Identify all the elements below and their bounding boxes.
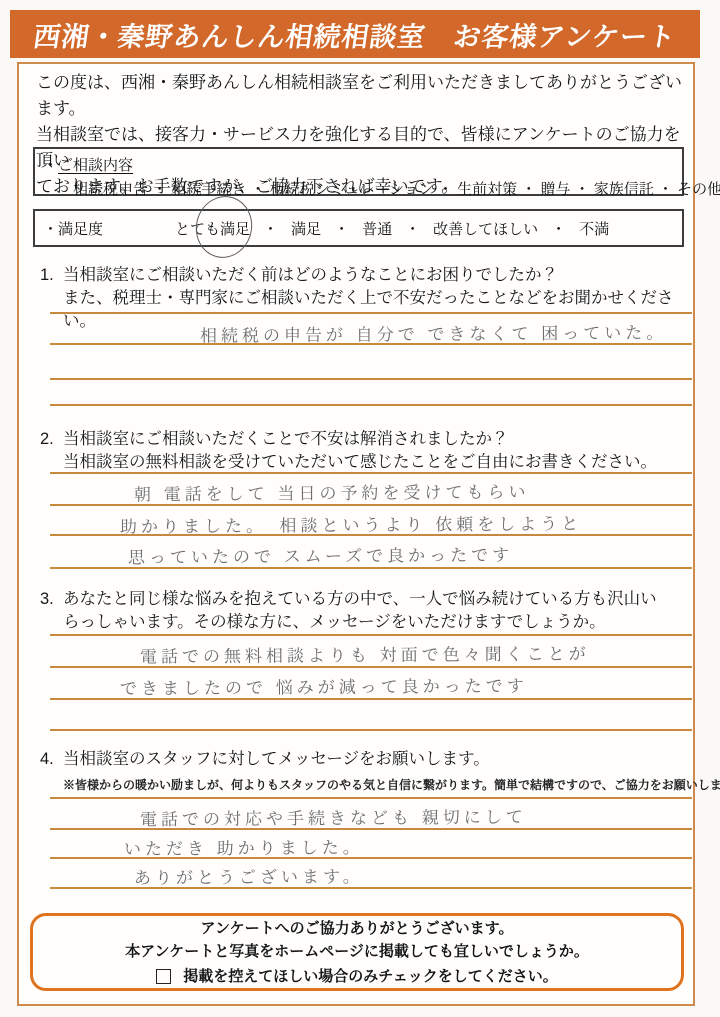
handwritten-answer-q2: 朝 電話をして 当日の予約を受けてもらい xyxy=(134,478,530,506)
option-separator: ・ xyxy=(263,221,278,238)
handwritten-answer-q2: 思っていたので スムーズで良かったです xyxy=(128,541,513,569)
page-title: 西湘・秦野あんしん相続相談室 お客様アンケート xyxy=(31,15,679,54)
decline-publication-checkbox xyxy=(156,969,171,984)
answer-rule-line xyxy=(50,634,692,636)
handwritten-answer-q3: 電話での無料相談よりも 対面で色々聞くことが xyxy=(140,639,590,667)
answer-rule-line xyxy=(50,404,692,406)
question-4-note: ※皆様からの暖かい励ましが、何よりもスタッフのやる気と自信に繋がります。簡単で結… xyxy=(63,776,688,793)
satisfaction-box: ・満足度 とても満足・満足・普通・改善してほしい・不満 xyxy=(33,209,684,247)
footer-publish-line: 本アンケートと写真をホームページに掲載しても宜しいでしょうか。 xyxy=(125,940,589,963)
question-line: 当相談室のスタッフに対してメッセージをお願いします。 xyxy=(63,748,490,771)
question-number: 3. xyxy=(40,588,63,634)
consultation-box: ・ご相談内容 相続税申告 ・ 相続手続き ・ 相続税シミュレーション ・ 生前対… xyxy=(33,147,684,196)
question-line: 当相談室の無料相談を受けていただいて感じたことをご自由にお書きください。 xyxy=(63,451,657,474)
consultation-label-row: ・ご相談内容 xyxy=(43,154,674,175)
satisfaction-option-satisfied: 満足 xyxy=(291,221,321,238)
question-number: 1. xyxy=(40,264,63,333)
header-band: 西湘・秦野あんしん相続相談室 お客様アンケート xyxy=(10,10,700,58)
question-4: 4. 当相談室のスタッフに対してメッセージをお願いします。 xyxy=(40,748,690,771)
footer-thanks-line: アンケートへのご協力ありがとうございます。 xyxy=(201,917,514,940)
satisfaction-label: ・満足度 xyxy=(43,218,103,239)
bullet: ・ xyxy=(43,157,58,174)
handwritten-answer-q4: いただき 助かりました。 xyxy=(124,833,364,860)
satisfaction-option-improve: 改善してほしい xyxy=(433,221,538,238)
question-line: 当相談室にご相談いただく前はどのようなことにお困りでしたか？ xyxy=(63,264,690,287)
option-separator: ・ xyxy=(334,221,349,238)
consultation-options: 相続税申告 ・ 相続手続き ・ 相続税シミュレーション ・ 生前対策 ・ 贈与 … xyxy=(73,178,674,199)
question-line: らっしゃいます。その様な方に、メッセージをいただけますでしょうか。 xyxy=(63,611,657,634)
answer-rule-line xyxy=(50,472,692,474)
checkbox-label: 掲載を控えてほしい場合のみチェックをしてください。 xyxy=(183,965,558,988)
survey-sheet: 西湘・秦野あんしん相続相談室 お客様アンケート この度は、西湘・秦野あんしん相続… xyxy=(0,0,720,1017)
question-line: あなたと同じ様な悩みを抱えている方の中で、一人で悩み続けている方も沢山い xyxy=(63,588,657,611)
question-number: 2. xyxy=(40,428,63,474)
intro-line: この度は、西湘・秦野あんしん相続相談室をご利用いただきましてありがとうございます… xyxy=(36,70,688,122)
question-text: あなたと同じ様な悩みを抱えている方の中で、一人で悩み続けている方も沢山い らっし… xyxy=(63,588,657,634)
question-line: 当相談室にご相談いただくことで不安は解消されましたか？ xyxy=(63,428,657,451)
handwritten-answer-q2: 助かりました。 相談というより 依頼をしようと xyxy=(120,509,582,537)
question-3: 3. あなたと同じ様な悩みを抱えている方の中で、一人で悩み続けている方も沢山い … xyxy=(40,588,690,634)
handwritten-answer-q3: できましたので 悩みが減って良かったです xyxy=(120,672,528,700)
answer-rule-line xyxy=(50,312,692,314)
handwritten-answer-q1: 相続税の申告が 自分で できなくて 困っていた。 xyxy=(200,318,667,346)
consent-footer-box: アンケートへのご協力ありがとうございます。 本アンケートと写真をホームページに掲… xyxy=(30,913,684,991)
satisfaction-option-unsatisfied: 不満 xyxy=(579,221,609,238)
satisfaction-option-normal: 普通 xyxy=(362,221,392,238)
question-2: 2. 当相談室にご相談いただくことで不安は解消されましたか？ 当相談室の無料相談… xyxy=(40,428,690,474)
answer-rule-line xyxy=(50,729,692,731)
consultation-label: ご相談内容 xyxy=(58,157,133,174)
option-separator: ・ xyxy=(405,221,420,238)
question-text: 当相談室のスタッフに対してメッセージをお願いします。 xyxy=(63,748,490,771)
handwritten-answer-q4: 電話での対応や手続きなども 親切にして xyxy=(140,803,527,831)
question-number: 4. xyxy=(40,748,63,771)
consent-row: 掲載を控えてほしい場合のみチェックをしてください。 xyxy=(156,965,558,988)
answer-rule-line xyxy=(50,378,692,380)
handwritten-answer-q4: ありがとうございます。 xyxy=(134,862,364,889)
option-separator: ・ xyxy=(551,221,566,238)
question-text: 当相談室にご相談いただくことで不安は解消されましたか？ 当相談室の無料相談を受け… xyxy=(63,428,657,474)
answer-rule-line xyxy=(50,797,692,799)
